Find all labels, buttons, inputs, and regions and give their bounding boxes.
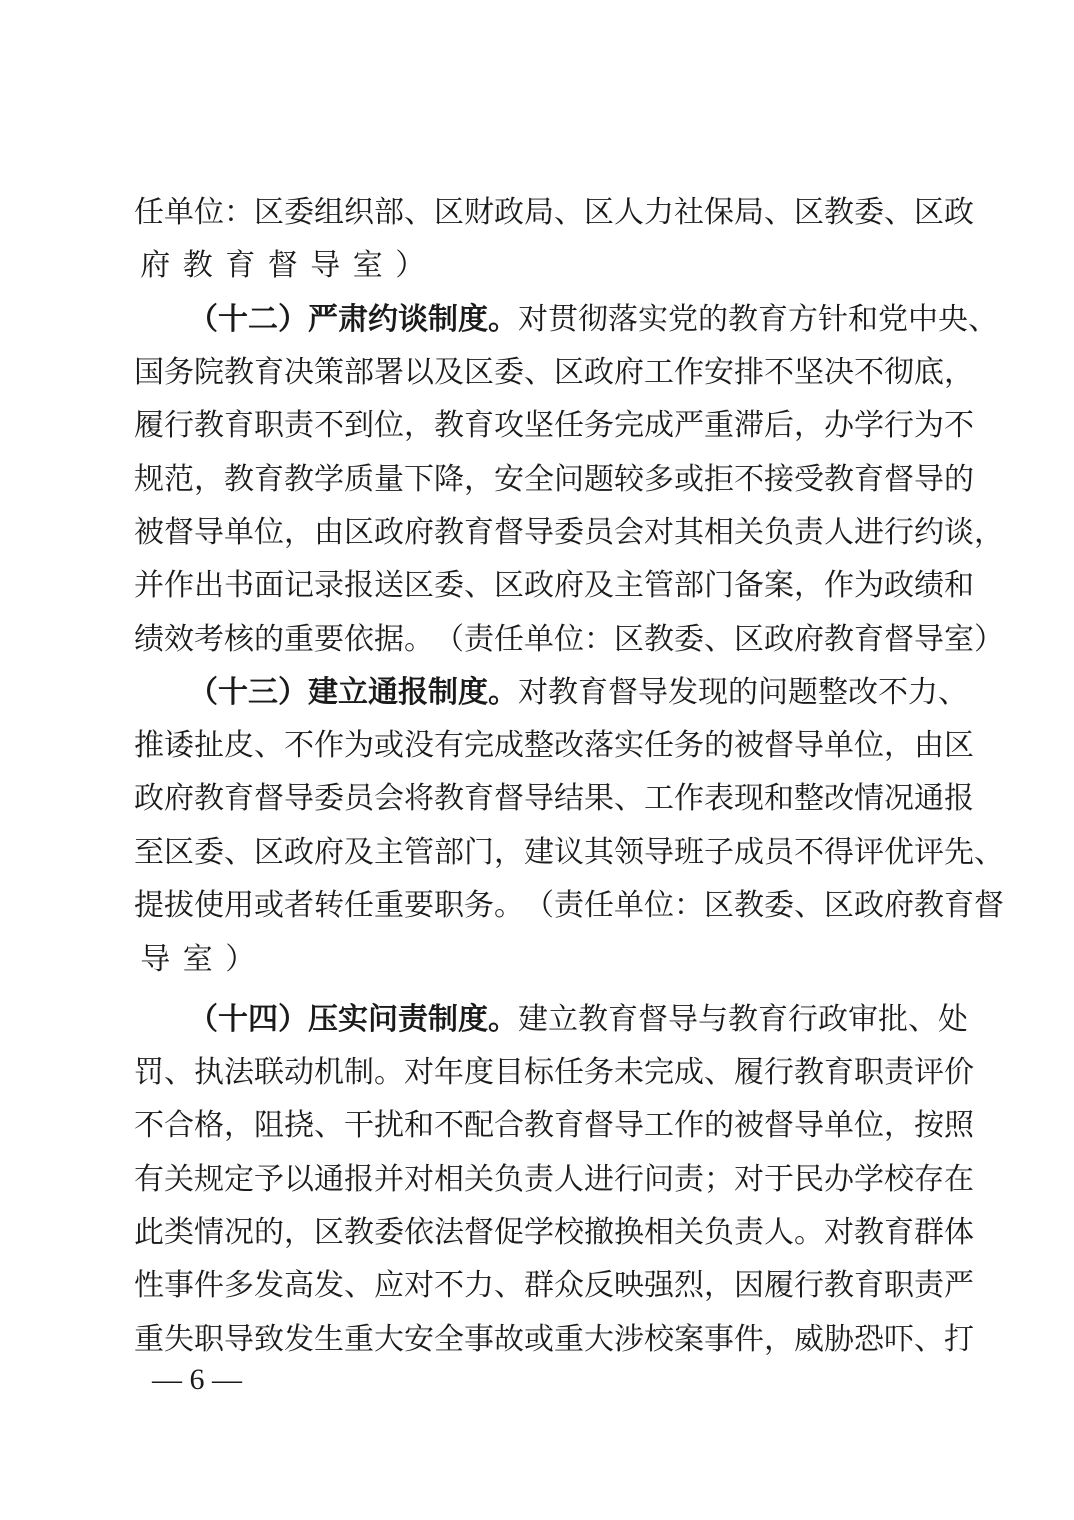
body-text: 决 (824, 353, 854, 393)
body-text: 事 (164, 1266, 194, 1306)
body-text: 由 (314, 513, 344, 553)
body-text: 到 (344, 406, 374, 446)
body-text: 。 (494, 886, 524, 926)
body-text: 任 (554, 1053, 584, 1093)
body-text: 映 (614, 1266, 644, 1306)
body-text: 单 (614, 886, 644, 926)
section-title: 度 (458, 300, 488, 340)
body-text: 单 (824, 726, 854, 766)
section-number: （ (188, 1000, 218, 1040)
body-text: 、 (464, 566, 494, 606)
body-text: ， (764, 1320, 794, 1360)
body-text: 教 (434, 779, 464, 819)
body-text: 府 (884, 886, 914, 926)
body-text: 不 (434, 1266, 464, 1306)
section-number: 二 (248, 300, 278, 340)
body-text: 、 (884, 193, 914, 233)
body-text: 导 (914, 620, 944, 660)
body-text: 在 (944, 1160, 974, 1200)
body-text: 绩 (134, 620, 164, 660)
body-text: 处 (938, 1000, 968, 1040)
body-text: 促 (494, 1213, 524, 1253)
section-number: 三 (248, 673, 278, 713)
body-text: 批 (878, 1000, 908, 1040)
body-text: 府 (614, 353, 644, 393)
body-text: 委 (554, 513, 584, 553)
body-text: 织 (344, 193, 374, 233)
body-text: 诿 (164, 726, 194, 766)
section-title: 问 (368, 1000, 398, 1040)
body-text: 滞 (734, 406, 764, 446)
body-text: 动 (284, 1053, 314, 1093)
body-text: 育 (854, 620, 884, 660)
body-text: 罚 (134, 1053, 164, 1093)
body-text: 安 (704, 353, 734, 393)
body-text: 、 (974, 833, 1004, 873)
body-text: 、 (224, 833, 254, 873)
body-text: 故 (494, 1320, 524, 1360)
body-text: ， (944, 353, 974, 393)
body-text: ： (224, 193, 254, 233)
body-text: 教 (284, 460, 314, 500)
section-number: （ (188, 673, 218, 713)
body-text: 或 (524, 1320, 554, 1360)
body-text: 管 (644, 566, 674, 606)
section-title: 报 (398, 673, 428, 713)
body-text: 府 (554, 566, 584, 606)
body-text: ； (704, 1160, 734, 1200)
body-text: 性 (134, 1266, 164, 1306)
body-text: 教 (914, 886, 944, 926)
body-text: 整 (794, 779, 824, 819)
body-text: 室 (944, 620, 974, 660)
body-text: 的 (698, 300, 728, 340)
section-title: 度 (458, 1000, 488, 1040)
body-text: 位 (194, 193, 224, 233)
section-title: 。 (488, 300, 518, 340)
body-text: 人 (554, 1160, 584, 1200)
body-text: 成 (494, 726, 524, 766)
body-text: 成 (734, 833, 764, 873)
body-text: 的 (944, 460, 974, 500)
body-text: 政 (884, 566, 914, 606)
body-text: 。 (794, 1213, 824, 1253)
body-text: 发 (668, 673, 698, 713)
body-text: 单 (224, 513, 254, 553)
body-text: 政 (284, 833, 314, 873)
body-text: 督 (164, 513, 194, 553)
body-text: 绩 (914, 566, 944, 606)
body-text: 会 (614, 513, 644, 553)
body-text: 育 (464, 406, 494, 446)
body-text: 、 (908, 1000, 938, 1040)
body-text: 职 (884, 1266, 914, 1306)
body-text: 育 (224, 406, 254, 446)
body-text: 较 (614, 460, 644, 500)
body-text: 对 (734, 1160, 764, 1200)
body-text: 度 (464, 1053, 494, 1093)
body-text: 整 (818, 673, 848, 713)
body-text: 署 (374, 353, 404, 393)
body-text: 门 (704, 566, 734, 606)
text-line: 任单位：区委组织部、区财政局、区人力社保局、区教委、区政 (134, 193, 946, 233)
body-text: 责 (674, 1160, 704, 1200)
body-text: 高 (284, 1266, 314, 1306)
body-text: 彻 (578, 300, 608, 340)
body-text: 大 (584, 1320, 614, 1360)
body-text: 府 (134, 246, 177, 286)
body-text: ， (224, 1106, 254, 1146)
body-text: ， (194, 460, 224, 500)
body-text: 转 (314, 886, 344, 926)
body-text: 失 (164, 1320, 194, 1360)
body-text: 、 (968, 300, 998, 340)
body-text: 育 (824, 1053, 854, 1093)
body-text: 督 (974, 886, 1004, 926)
body-text: 督 (884, 460, 914, 500)
body-text: 位 (254, 513, 284, 553)
section-number: （ (188, 300, 218, 340)
body-text: 群 (524, 1266, 554, 1306)
body-text: 工 (644, 353, 674, 393)
body-text: 表 (704, 779, 734, 819)
body-text: 进 (584, 1160, 614, 1200)
body-text: 扰 (374, 1106, 404, 1146)
body-text: 负 (494, 1160, 524, 1200)
body-text: 委 (494, 353, 524, 393)
body-text: 情 (194, 1213, 224, 1253)
body-text: 导 (668, 1000, 698, 1040)
body-text: 务 (584, 1053, 614, 1093)
body-text: 事 (464, 1320, 494, 1360)
body-text: ， (704, 1266, 734, 1306)
body-text: 案 (674, 1320, 704, 1360)
body-text: 督 (638, 1000, 668, 1040)
body-text: 重 (374, 886, 404, 926)
body-text: 制 (344, 1053, 374, 1093)
body-text: 针 (818, 300, 848, 340)
body-text: 建 (524, 833, 554, 873)
body-text: 接 (764, 460, 794, 500)
body-text: 优 (884, 833, 914, 873)
body-text: 作 (674, 1106, 704, 1146)
body-text: 、 (914, 1320, 944, 1360)
body-text: 反 (584, 1266, 614, 1306)
body-text: 委 (314, 779, 344, 819)
body-text: 考 (194, 620, 224, 660)
body-text: ， (884, 1106, 914, 1146)
body-text: 不 (944, 406, 974, 446)
body-text: 全 (524, 460, 554, 500)
body-text: 通 (914, 779, 944, 819)
body-text: 部 (374, 193, 404, 233)
body-text: 社 (674, 193, 704, 233)
body-text: 导 (638, 673, 668, 713)
body-text: 督 (608, 673, 638, 713)
body-text: 督 (494, 779, 524, 819)
body-text: 区 (464, 353, 494, 393)
body-text: 育 (464, 513, 494, 553)
body-text: 教 (224, 460, 254, 500)
text-line: 此类情况的，区教委依法督促学校撤换相关负责人。对教育群体 (134, 1213, 946, 1253)
body-text: ， (284, 1213, 314, 1253)
body-text: 中 (908, 300, 938, 340)
body-text: 应 (374, 1266, 404, 1306)
body-text: 约 (914, 513, 944, 553)
body-text: 威 (794, 1320, 824, 1360)
body-text: 教 (434, 406, 464, 446)
body-text: 区 (404, 566, 434, 606)
body-text: 育 (854, 460, 884, 500)
body-text: 完 (614, 406, 644, 446)
body-text: 降 (434, 460, 464, 500)
body-text: 件 (734, 1320, 764, 1360)
body-text: 策 (314, 353, 344, 393)
body-text: 履 (134, 406, 164, 446)
body-text: 学 (854, 406, 884, 446)
body-text: 力 (464, 1266, 494, 1306)
body-text: 行 (764, 1053, 794, 1093)
body-text: 多 (644, 460, 674, 500)
body-text: 央 (938, 300, 968, 340)
body-text: 结 (554, 779, 584, 819)
body-text: 联 (254, 1053, 284, 1093)
body-text: 委 (434, 566, 464, 606)
body-text: 任 (644, 726, 674, 766)
body-text: 位 (644, 886, 674, 926)
body-text: 府 (164, 779, 194, 819)
body-text: 改 (554, 726, 584, 766)
body-text: 议 (554, 833, 584, 873)
body-text: 发 (314, 1266, 344, 1306)
body-text: 目 (494, 1053, 524, 1093)
body-text: 任 (344, 886, 374, 926)
body-text: 区 (794, 193, 824, 233)
body-text: 撤 (584, 1213, 614, 1253)
body-text: 的 (704, 726, 734, 766)
body-text: 效 (164, 620, 194, 660)
body-text: 为 (854, 566, 884, 606)
body-text: 育 (254, 353, 284, 393)
body-text: 者 (284, 886, 314, 926)
body-text: 关 (464, 1160, 494, 1200)
body-text: 况 (224, 1213, 254, 1253)
body-text: 重 (134, 1320, 164, 1360)
body-text: 导 (304, 246, 347, 286)
body-text: 记 (284, 566, 314, 606)
body-text: 予 (254, 1160, 284, 1200)
body-text: 务 (464, 886, 494, 926)
body-text: 区 (704, 886, 734, 926)
body-text: 作 (674, 779, 704, 819)
body-text: 因 (734, 1266, 764, 1306)
body-text: 相 (704, 513, 734, 553)
body-text: 府 (314, 833, 344, 873)
body-text: 至 (134, 833, 164, 873)
body-text: 按 (914, 1106, 944, 1146)
body-text: 职 (434, 886, 464, 926)
body-text: 、 (704, 1053, 734, 1093)
text-line: 推诿扯皮、不作为或没有完成整改落实任务的被督导单位，由区 (134, 726, 946, 766)
body-text: 后 (764, 406, 794, 446)
body-text: 保 (704, 193, 734, 233)
body-text: 育 (758, 1000, 788, 1040)
body-text: 评 (914, 833, 944, 873)
body-text: 学 (854, 1160, 884, 1200)
section-title: 责 (398, 1000, 428, 1040)
body-text: 成 (644, 406, 674, 446)
body-text: 或 (674, 460, 704, 500)
body-text: 育 (578, 673, 608, 713)
body-text: 校 (644, 1320, 674, 1360)
body-text: 严 (944, 1266, 974, 1306)
body-text: 作 (164, 566, 194, 606)
body-text: 学 (314, 460, 344, 500)
body-text: 此 (134, 1213, 164, 1253)
body-text: 扯 (194, 726, 224, 766)
body-text: 现 (734, 779, 764, 819)
body-text: 的 (728, 673, 758, 713)
body-text: 务 (674, 726, 704, 766)
body-text: 以 (284, 1160, 314, 1200)
body-text: 办 (824, 1160, 854, 1200)
text-line: 有关规定予以通报并对相关负责人进行问责；对于民办学校存在 (134, 1160, 946, 1200)
body-text: 发 (254, 1266, 284, 1306)
body-text: 相 (434, 1160, 464, 1200)
body-text: 标 (524, 1053, 554, 1093)
text-line: 性事件多发高发、应对不力、群众反映强烈，因履行教育职责严 (134, 1266, 946, 1306)
body-text: 政 (584, 353, 614, 393)
body-text: 务 (164, 353, 194, 393)
body-text: 被 (734, 726, 764, 766)
text-line: 履行教育职责不到位，教育攻坚任务完成严重滞后，办学行为不 (134, 406, 946, 446)
body-text: 情 (854, 779, 884, 819)
body-text: 、 (704, 620, 734, 660)
body-text: 的 (254, 620, 284, 660)
body-text: 法 (434, 1213, 464, 1253)
section-title: 制 (428, 673, 458, 713)
body-text: 群 (914, 1213, 944, 1253)
body-text: 位 (854, 1106, 884, 1146)
body-text: 教 (194, 779, 224, 819)
body-text: 方 (788, 300, 818, 340)
body-text: 区 (944, 726, 974, 766)
body-text: 建 (518, 1000, 548, 1040)
body-text: 出 (194, 566, 224, 606)
body-text: 改 (824, 779, 854, 819)
body-text: 责 (734, 1213, 764, 1253)
section-heading-line: （十四）压实问责制度。建立教育督导与教育行政审批、处 (188, 1000, 946, 1040)
body-text: 备 (734, 566, 764, 606)
body-text: 区 (584, 193, 614, 233)
body-text: 教 (854, 1213, 884, 1253)
body-text: 要 (314, 620, 344, 660)
text-line: 国务院教育决策部署以及区委、区政府工作安排不坚决不彻底， (134, 353, 946, 393)
body-text: 对 (404, 1266, 434, 1306)
section-title: 压 (308, 1000, 338, 1040)
body-text: 督 (464, 1213, 494, 1253)
body-text: 督 (884, 620, 914, 660)
body-text: 照 (944, 1106, 974, 1146)
body-text: 严 (674, 406, 704, 446)
body-text: 全 (434, 1320, 464, 1360)
body-text: 负 (764, 513, 794, 553)
body-text: 书 (224, 566, 254, 606)
body-text: 责 (554, 886, 584, 926)
body-text: 区 (494, 566, 524, 606)
body-text: 教 (728, 300, 758, 340)
body-text: 学 (524, 1213, 554, 1253)
body-text: 民 (794, 1160, 824, 1200)
body-text: （ (434, 620, 464, 660)
body-text: 区 (554, 353, 584, 393)
body-text: 育 (884, 1213, 914, 1253)
body-text: 关 (164, 1160, 194, 1200)
body-text: 局 (524, 193, 554, 233)
body-text: 重 (704, 406, 734, 446)
body-text: 排 (734, 353, 764, 393)
body-text: 教 (728, 1000, 758, 1040)
body-text: 进 (854, 513, 884, 553)
section-title: 制 (428, 1000, 458, 1040)
body-text: 教 (548, 673, 578, 713)
body-text: 格 (194, 1106, 224, 1146)
body-text: 区 (824, 886, 854, 926)
body-text: 依 (344, 620, 374, 660)
body-text: 教 (824, 1266, 854, 1306)
body-text: 区 (734, 620, 764, 660)
body-text: 行 (884, 406, 914, 446)
body-text: 关 (734, 513, 764, 553)
body-text: 、 (614, 779, 644, 819)
body-text: 教 (824, 620, 854, 660)
body-text: 强 (644, 1266, 674, 1306)
section-number: ） (278, 300, 308, 340)
body-text: 规 (194, 1160, 224, 1200)
body-text: 区 (314, 1213, 344, 1253)
body-text: 不 (878, 673, 908, 713)
body-text: 立 (548, 1000, 578, 1040)
body-text: 育 (224, 779, 254, 819)
body-text: 管 (404, 833, 434, 873)
body-text: 力 (644, 193, 674, 233)
body-text: 整 (524, 726, 554, 766)
body-text: 财 (464, 193, 494, 233)
body-text: 育 (944, 886, 974, 926)
body-text: 或 (254, 886, 284, 926)
body-text: 党 (878, 300, 908, 340)
body-text: 教 (524, 1106, 554, 1146)
body-text: 执 (194, 1053, 224, 1093)
body-text: 督 (764, 726, 794, 766)
body-text: 主 (374, 833, 404, 873)
body-text: 得 (824, 833, 854, 873)
body-text: 于 (764, 1160, 794, 1200)
body-text: 推 (134, 726, 164, 766)
body-text: 单 (164, 193, 194, 233)
body-text: 题 (584, 460, 614, 500)
body-text: 导 (644, 833, 674, 873)
body-text: 涉 (614, 1320, 644, 1360)
body-text: 存 (914, 1160, 944, 1200)
body-text: 作 (824, 566, 854, 606)
body-text: 督 (254, 779, 284, 819)
body-text: 教 (194, 406, 224, 446)
body-text: 领 (614, 833, 644, 873)
body-text: 会 (374, 779, 404, 819)
body-text: 育 (854, 1266, 884, 1306)
body-text: 党 (668, 300, 698, 340)
